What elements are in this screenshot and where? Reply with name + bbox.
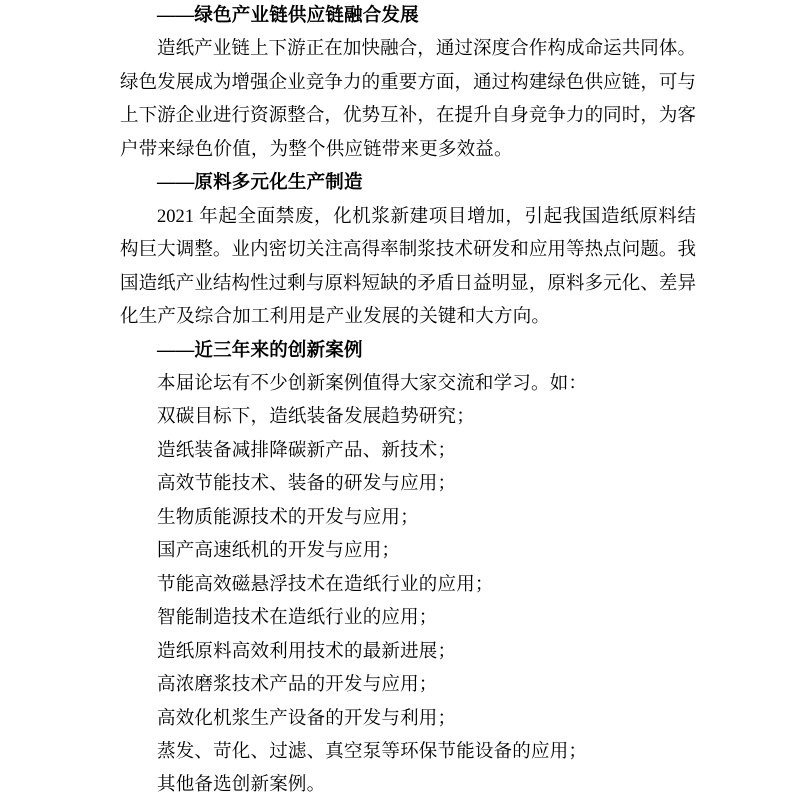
document-page: ——绿色产业链供应链融合发展 造纸产业链上下游正在加快融合，通过深度合作构成命运… (0, 0, 794, 803)
list-item-line: 造纸装备减排降碳新产品、新技术； (120, 435, 696, 468)
list-item-line: 国产高速纸机的开发与应用； (120, 535, 696, 568)
list-item-line: 高效节能技术、装备的研发与应用； (120, 468, 696, 501)
list-item-line: 节能高效磁悬浮技术在造纸行业的应用； (120, 569, 696, 602)
paragraph-line: 绿色发展成为增强企业竞争力的重要方面，通过构建绿色供应链，可与 (120, 67, 696, 100)
list-item-line: 智能制造技术在造纸行业的应用； (120, 602, 696, 635)
list-item-line: 高效化机浆生产设备的开发与利用； (120, 703, 696, 736)
list-item-line: 造纸原料高效利用技术的最新进展； (120, 636, 696, 669)
paragraph-line: 上下游企业进行资源整合，优势互补，在提升自身竞争力的同时，为客 (120, 100, 696, 133)
paragraph-line: 本届论坛有不少创新案例值得大家交流和学习。如： (120, 368, 696, 401)
paragraph-line: 化生产及综合加工利用是产业发展的关键和大方向。 (120, 301, 696, 334)
paragraph-line: 造纸产业链上下游正在加快融合，通过深度合作构成命运共同体。 (120, 33, 696, 66)
paragraph-line: 国造纸产业结构性过剩与原料短缺的矛盾日益明显，原料多元化、差异 (120, 268, 696, 301)
section-heading-green-supply-chain: ——绿色产业链供应链融合发展 (120, 0, 696, 33)
list-item-line: 生物质能源技术的开发与应用； (120, 502, 696, 535)
list-item-line: 其他备选创新案例。 (120, 769, 696, 802)
list-item-line: 蒸发、苛化、过滤、真空泵等环保节能设备的应用； (120, 736, 696, 769)
list-item-line: 双碳目标下，造纸装备发展趋势研究； (120, 401, 696, 434)
paragraph-line: 户带来绿色价值，为整个供应链带来更多效益。 (120, 134, 696, 167)
document-text-block: ——绿色产业链供应链融合发展 造纸产业链上下游正在加快融合，通过深度合作构成命运… (120, 0, 696, 803)
section-heading-innovation-cases: ——近三年来的创新案例 (120, 335, 696, 368)
list-item-line: 高浓磨浆技术产品的开发与应用； (120, 669, 696, 702)
paragraph-line: 2021 年起全面禁废，化机浆新建项目增加，引起我国造纸原料结 (120, 201, 696, 234)
paragraph-line: 构巨大调整。业内密切关注高得率制浆技术研发和应用等热点问题。我 (120, 234, 696, 267)
section-heading-raw-material-diversification: ——原料多元化生产制造 (120, 167, 696, 200)
